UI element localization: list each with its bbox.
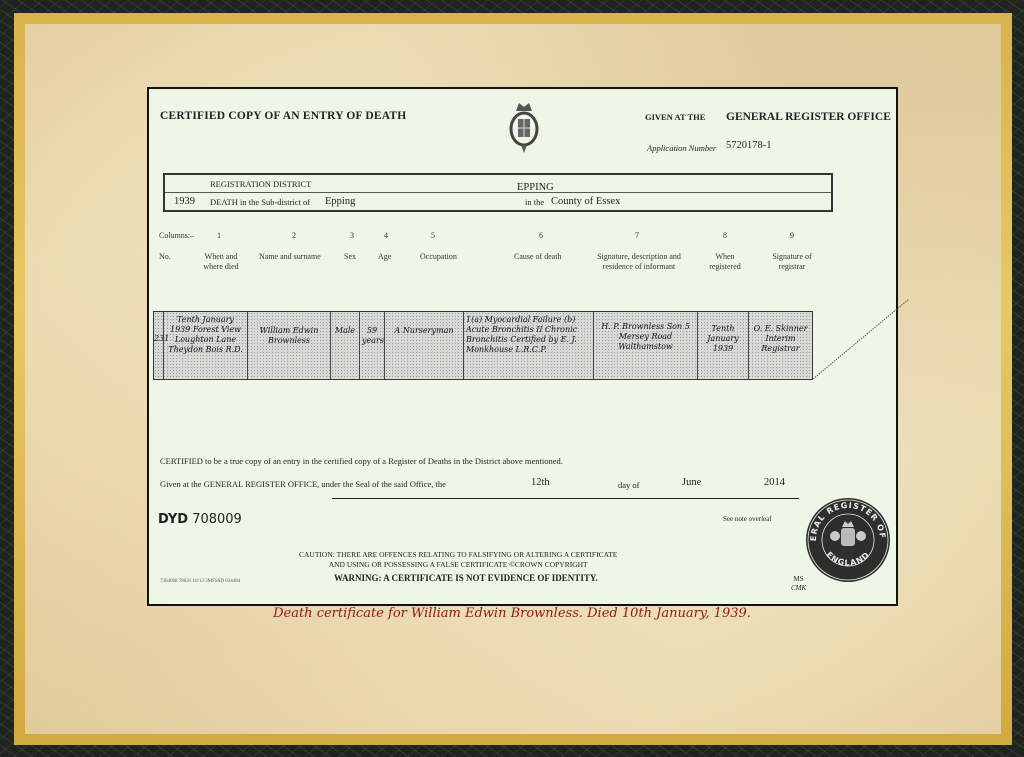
certificate-caption: Death certificate for William Edwin Brow… (0, 606, 1024, 621)
column-header-cause: Cause of death (514, 252, 562, 262)
column-number: 5 (431, 231, 435, 240)
given-statement: Given at the GENERAL REGISTER OFFICE, un… (160, 479, 446, 489)
caution-line-1: CAUTION: THERE ARE OFFENCES RELATING TO … (299, 550, 617, 560)
subdistrict-label: DEATH in the Sub-district of (210, 197, 310, 207)
caution-notice: CAUTION: THERE ARE OFFENCES RELATING TO … (299, 550, 617, 570)
gro-seal-icon: GENERAL REGISTER OFFICE ENGLAND (804, 496, 892, 584)
column-number: 6 (539, 231, 543, 240)
serial-number: DYD 708009 (158, 512, 242, 527)
entry-when-registered: Tenth January 1939 (698, 312, 749, 379)
column-number: 4 (384, 231, 388, 240)
serial-prefix: DYD (158, 512, 188, 527)
registration-district-box: REGISTRATION DISTRICT EPPING 1939 DEATH … (163, 173, 833, 212)
column-header-informant: Signature, description and residence of … (593, 252, 685, 272)
given-at-label: GIVEN AT THE (645, 112, 705, 122)
issue-month: June (682, 477, 701, 488)
column-header-occupation: Occupation (420, 252, 457, 262)
death-certificate: CERTIFIED COPY OF AN ENTRY OF DEATH GIVE… (147, 87, 898, 606)
royal-crest-icon (507, 97, 541, 157)
column-number: 7 (635, 231, 639, 240)
entry-cause-of-death: 1(a) Myocardial Failure (b) Acute Bronch… (464, 312, 594, 379)
column-header-when-where: When and where died (197, 252, 245, 272)
office-name: GENERAL REGISTER OFFICE (726, 111, 891, 123)
ms-initials: CMK (791, 584, 806, 593)
entry-sex: Male (331, 312, 360, 379)
certified-statement: CERTIFIED to be a true copy of an entry … (160, 456, 563, 466)
entry-name: William Edwin Brownless (248, 312, 331, 379)
entry-when-where: Tenth January 1939 Forest View Loughton … (164, 312, 248, 379)
identity-warning: WARNING: A CERTIFICATE IS NOT EVIDENCE O… (334, 573, 598, 583)
column-header-no: No. (159, 252, 171, 262)
day-of-label: day of (618, 480, 639, 490)
column-header-age: Age (378, 252, 391, 262)
issue-day: 12th (531, 477, 550, 488)
entry-age: 59 years (360, 312, 385, 379)
entry-informant: H. P. Brownless Son 5 Mersey Road Waltha… (594, 312, 698, 379)
application-number: 5720178-1 (726, 140, 772, 151)
caution-line-2: AND USING OR POSSESSING A FALSE CERTIFIC… (299, 560, 617, 570)
entry-occupation: A Nurseryman (385, 312, 464, 379)
columns-label: Columns:– (159, 231, 194, 240)
subdistrict-value: Epping (325, 196, 355, 207)
column-number: 1 (217, 231, 221, 240)
registration-district-label: REGISTRATION DISTRICT (210, 179, 311, 189)
print-code: 7364668 78631 10/13 3MFSSD 034484 (160, 579, 240, 584)
column-number: 2 (292, 231, 296, 240)
signature-rule (332, 498, 799, 499)
column-header-registrar: Signature of registrar (767, 252, 817, 272)
entry-number: 231 (154, 312, 164, 379)
column-header-sex: Sex (344, 252, 356, 262)
death-entry-row: 231 Tenth January 1939 Forest View Lough… (153, 311, 813, 380)
certificate-title: CERTIFIED COPY OF AN ENTRY OF DEATH (160, 110, 406, 122)
county-value: County of Essex (551, 196, 620, 207)
column-header-when-registered: When registered (705, 252, 745, 272)
application-number-label: Application Number (647, 143, 716, 153)
serial-digits: 708009 (192, 512, 242, 527)
column-header-name: Name and surname (259, 252, 321, 262)
see-note-overleaf: See note overleaf (723, 515, 772, 523)
registration-year: 1939 (174, 196, 195, 207)
column-number: 8 (723, 231, 727, 240)
in-the-label: in the (525, 197, 544, 207)
registration-district-value: EPPING (517, 182, 554, 193)
issue-year: 2014 (764, 477, 785, 488)
entry-registrar: O. E. Skinner Interim Registrar (749, 312, 812, 379)
column-number: 9 (790, 231, 794, 240)
strike-line (813, 299, 909, 379)
column-number: 3 (350, 231, 354, 240)
